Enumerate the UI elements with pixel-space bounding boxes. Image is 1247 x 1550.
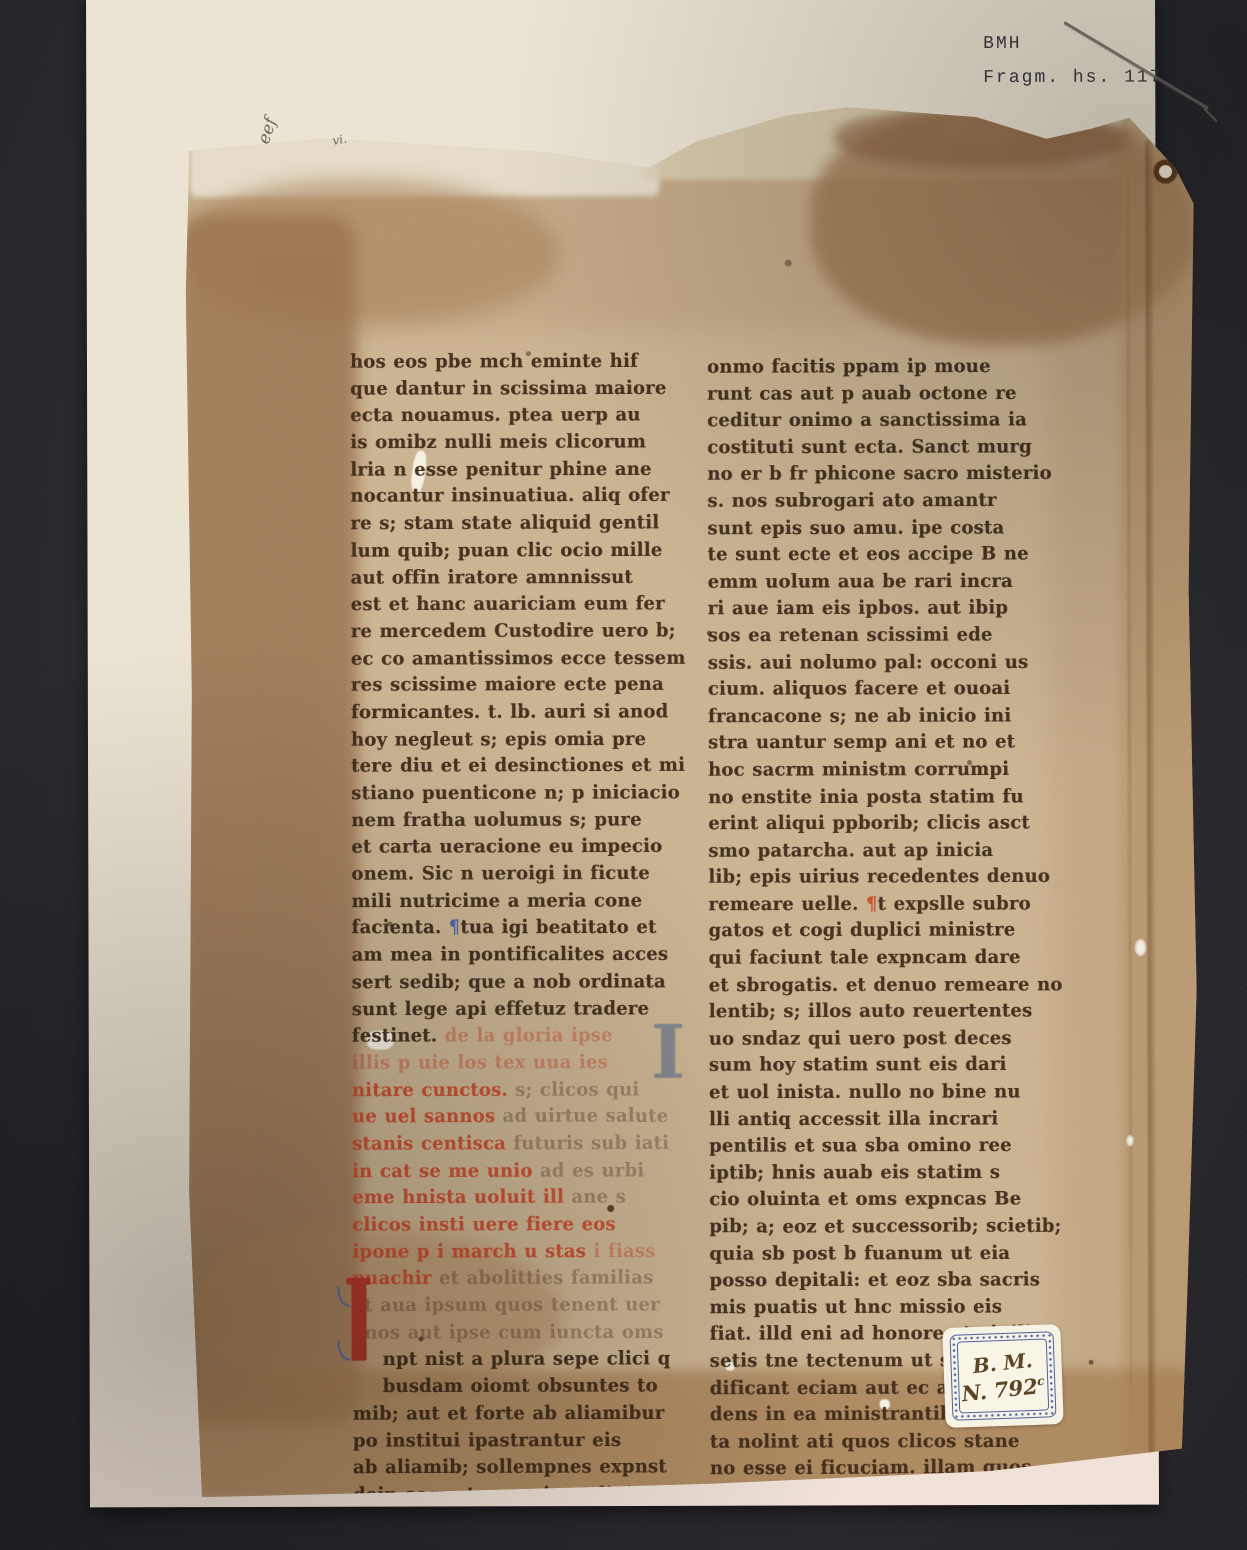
manuscript-line: qui faciunt tale expncam dare <box>709 946 1039 974</box>
manuscript-line: lria n esse penitur phine ane <box>350 458 686 486</box>
manuscript-line: clicos insti uere fiere eos <box>352 1213 688 1241</box>
label-line1: B. M. <box>971 1347 1033 1377</box>
fold-crease <box>1145 141 1155 1453</box>
manuscript-line: lum quib; puan clic ocio mille <box>350 539 686 567</box>
manuscript-line: puachir et abolitties familias <box>352 1267 688 1295</box>
hole <box>1134 939 1146 957</box>
manuscript-line: am mea in pontificalites acces <box>352 943 688 971</box>
manuscript-line: ec co amantissimos ecce tessem <box>351 647 687 675</box>
manuscript-line: et sbrogatis. et denuo remeare no <box>709 973 1039 1001</box>
manuscript-line: erint aliqui ppborib; clicis asct <box>708 812 1038 840</box>
manuscript-line: te sunt ecte et eos accipe B ne <box>707 543 1037 571</box>
torn-patch <box>1066 137 1112 169</box>
gray-initial-i: I <box>651 1016 686 1090</box>
stain <box>185 178 560 324</box>
manuscript-line: ipone p i march u stas i fiass <box>352 1240 688 1268</box>
red-initial-i <box>351 1281 366 1361</box>
manuscript-line: facienta. ¶tua igi beatitato et <box>351 916 687 944</box>
manuscript-line: is omibz nulli meis clicorum <box>350 431 686 459</box>
stain <box>810 106 1197 345</box>
manuscript-line: et uol inista. nullo no bine nu <box>709 1080 1039 1108</box>
manuscript-line: stanis centisca futuris sub iati <box>352 1132 688 1160</box>
manuscript-line: re s; stam state aliquid gentil <box>350 512 686 540</box>
manuscript-line: est et hanc auariciam eum fer <box>351 593 687 621</box>
paper-residue <box>644 105 1120 180</box>
manuscript-line: mis puatis ut hnc missio eis <box>709 1295 1039 1323</box>
manuscript-line: no esse ei ficuciam. illam quos <box>710 1457 1040 1485</box>
manuscript-line: gatos et cogi duplici ministre <box>708 919 1038 947</box>
manuscript-line: sert sedib; que a nob ordinata <box>352 970 688 998</box>
manuscript-line: festinet. de la gloria ipse <box>352 1024 688 1052</box>
manuscript-line: hoy negleut s; epis omia pre <box>351 727 687 755</box>
manuscript-line: onem. Sic n ueroigi in ficute <box>351 862 687 890</box>
manuscript-line: lentib; s; illos auto reuertentes <box>709 1000 1039 1028</box>
manuscript-line: quia sb post b fuanum ut eia <box>709 1242 1039 1270</box>
manuscript-line: ab aliamib; sollempnes expnst <box>353 1456 689 1484</box>
manuscript-line: in cat se me unio ad es urbi <box>352 1159 688 1187</box>
manuscript-line: sunt epis suo amu. ipe costa <box>707 516 1037 544</box>
stain <box>179 215 360 1425</box>
manuscript-line: nocantur insinuatiua. aliq ofer <box>350 485 686 513</box>
manuscript-line: emm uolum aua be rari incra <box>708 570 1038 598</box>
stain <box>834 109 1134 168</box>
manuscript-line: lib; epis uirius recedentes denuo <box>708 866 1038 894</box>
photograph-background: BMHFragm. hs. 117 hos eos pb <box>0 0 1247 1550</box>
manuscript-line: pentilis et sua sba omino ree <box>709 1134 1039 1162</box>
manuscript-line: aut offin iratore amnnissut <box>351 566 687 594</box>
pencil-scribble: eef <box>254 115 281 146</box>
manuscript-line: remeare uelle. ¶t expslle subro <box>708 892 1038 920</box>
manuscript-line: re mercedem Custodire uero b; <box>351 620 687 648</box>
manuscript-line: mili nutricime a meria cone <box>351 889 687 917</box>
manuscript-line: que dantur in scissima maiore <box>350 377 686 405</box>
stain <box>1119 128 1200 1462</box>
shelfmark: Fragm. hs. 117 <box>983 68 1162 88</box>
manuscript-line: ue uel sannos ad uirtue salute <box>352 1105 688 1133</box>
manuscript-line: nitare cunctos. s; clicos qui <box>352 1078 688 1106</box>
typed-annotation: BMHFragm. hs. 117 <box>983 27 1162 95</box>
manuscript-line: stra uantur semp ani et no et <box>708 731 1038 759</box>
manuscript-line: po institui ipastrantur eis <box>353 1429 689 1457</box>
manuscript-line: ri aue iam eis ipbos. aut ibip <box>708 597 1038 625</box>
manuscript-line: posso depitali: et eoz sba sacris <box>709 1269 1039 1297</box>
collection-label: B. M. N. 792c <box>942 1324 1063 1428</box>
fold-crease <box>1126 163 1132 1423</box>
manuscript-line: ceditur onimo a sanctissima ia <box>707 409 1037 437</box>
manuscript-line: ta nolint ati quos clicos stane <box>710 1430 1040 1458</box>
manuscript-line: sunt lege api effetuz tradere <box>352 997 688 1025</box>
manuscript-line: ecta nouamus. ptea uerp au <box>350 404 686 432</box>
manuscript-line: et carta ueracione eu impecio <box>351 835 687 863</box>
manuscript-line: runt cas aut p auab octone re <box>707 382 1037 410</box>
manuscript-line: eme hnista uoluit ill ane s <box>352 1186 688 1214</box>
manuscript-line: tere diu et ei desinctiones et mi <box>351 754 687 782</box>
manuscript-line: uo sndaz qui uero post deces <box>709 1027 1039 1055</box>
blue-penwork-flourish <box>337 1287 350 1307</box>
manuscript-line: sos ea retenan scissimi ede <box>708 624 1038 652</box>
label-superscript: c <box>1037 1373 1046 1388</box>
manuscript-line: ssis. aui nolumo pal: occoni us <box>708 651 1038 679</box>
label-ornamental-border: B. M. N. 792c <box>950 1331 1057 1421</box>
hole <box>1126 1135 1134 1147</box>
manuscript-line: npt nist a plura sepe clici q <box>383 1348 689 1376</box>
mount-board: BMHFragm. hs. 117 hos eos pb <box>86 0 1159 1507</box>
manuscript-line: formicantes. t. lb. auri si anod <box>351 700 687 728</box>
manuscript-line: cio oluinta et oms expncas Be <box>709 1188 1039 1216</box>
manuscript-line: stiano puenticone n; p iniciacio <box>351 781 687 809</box>
pencil-note: vi. <box>331 132 348 148</box>
manuscript-line: mib; aut et forte ab aliamibur <box>353 1402 689 1430</box>
manuscript-line: smo patarcha. aut ap inicia <box>708 839 1038 867</box>
label-text: B. M. N. 792c <box>957 1338 1049 1413</box>
manuscript-line: anos aut ipse cum iuncta oms <box>352 1321 688 1349</box>
ink-specks <box>182 105 185 108</box>
manuscript-line: illis p uie los tex uua ies <box>352 1051 688 1079</box>
manuscript-line: onmo facitis ppam ip moue <box>707 355 1037 383</box>
manuscript-line: lli antiq accessit illa incrari <box>709 1107 1039 1135</box>
blue-penwork-flourish <box>338 1341 351 1361</box>
manuscript-line: sum hoy statim sunt eis dari <box>709 1054 1039 1082</box>
manuscript-line: hos eos pbe mch eminte hif <box>350 350 686 378</box>
parchment-fragment: hos eos pbe mch eminte hifque dantur in … <box>182 102 1200 1501</box>
manuscript-line: hoc sacrm ministm corrumpi <box>708 758 1038 786</box>
manuscript-line: francacone s; ne ab inicio ini <box>708 704 1038 732</box>
manuscript-line: no er b fr phicone sacro misterio <box>707 462 1037 490</box>
manuscript-line: dein sequnt sema ipos diuims <box>353 1483 689 1511</box>
manuscript-line: busdam oiomt obsuntes to <box>383 1375 689 1403</box>
text-column-left: hos eos pbe mch eminte hifque dantur in … <box>350 350 689 1511</box>
manuscript-line: s. nos subrogari ato amantr <box>707 489 1037 517</box>
manuscript-line: res scissime maiore ecte pena <box>351 673 687 701</box>
wormhole <box>1150 157 1180 187</box>
manuscript-line: costituti sunt ecta. Sanct murg <box>707 436 1037 464</box>
manuscript-line: pib; a; eoz et successorib; scietib; <box>709 1215 1039 1243</box>
collection-code: BMH <box>983 34 1021 54</box>
manuscript-line: no enstite inia posta statim fu <box>708 785 1038 813</box>
manuscript-line: mitt ppbirem deducere tne <box>710 1484 1040 1512</box>
manuscript-line: et aua ipsum quos tenent uer <box>352 1294 688 1322</box>
manuscript-line: cium. aliquos facere et ouoai <box>708 677 1038 705</box>
manuscript-line: iptib; hnis auab eis statim s <box>709 1161 1039 1189</box>
manuscript-line: nem fratha uolumus s; pure <box>351 808 687 836</box>
torn-patch <box>942 115 1022 145</box>
